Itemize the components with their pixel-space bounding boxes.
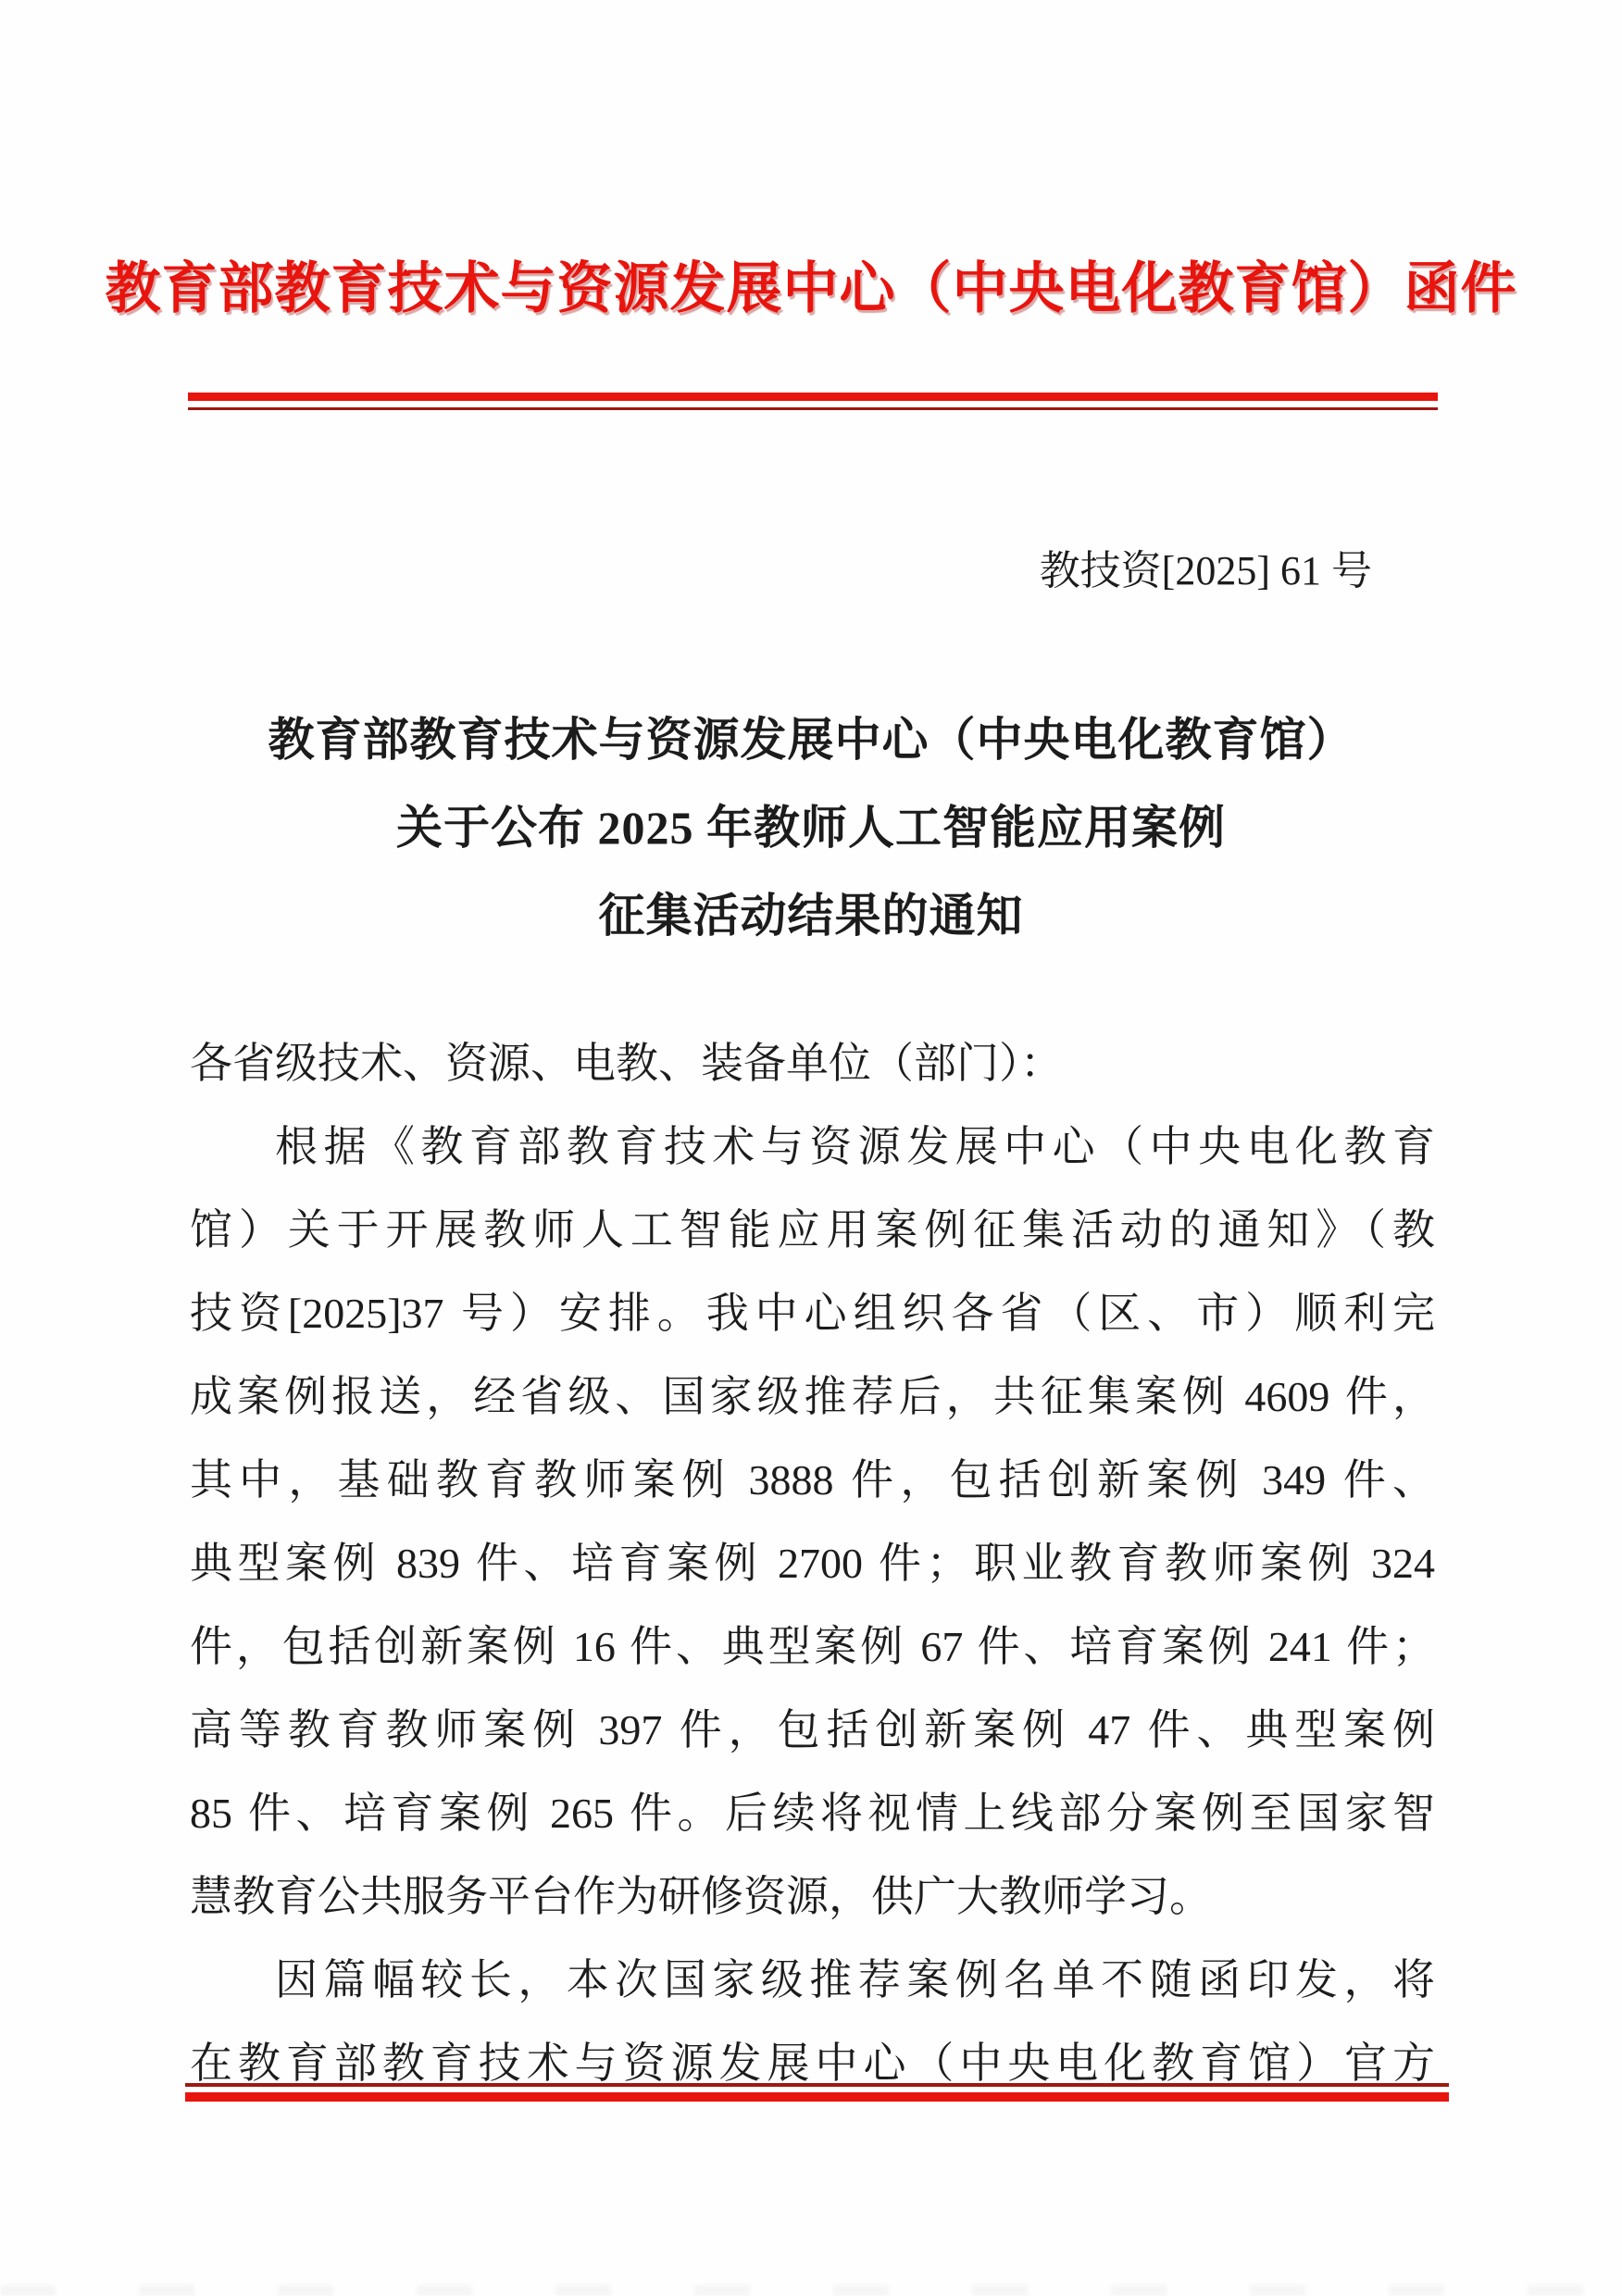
body-line: 慧教育公共服务平台作为研修资源，供广大教师学习。 xyxy=(190,1855,1435,1939)
body-line: 其中，基础教育教师案例 3888 件，包括创新案例 349 件、 xyxy=(190,1439,1435,1522)
body-line: 馆）关于开展教师人工智能应用案例征集活动的通知》（教 xyxy=(190,1189,1435,1272)
body-line: 因篇幅较长，本次国家级推荐案例名单不随函印发，将 xyxy=(190,1939,1435,2022)
body-line: 成案例报送，经省级、国家级推荐后，共征集案例 4609 件， xyxy=(190,1355,1435,1439)
official-letter-page: 教育部教育技术与资源发展中心（中央电化教育馆）函件 教技资[2025] 61 号… xyxy=(0,0,1622,2296)
footer-double-rule xyxy=(185,2083,1449,2102)
title-line-1: 教育部教育技术与资源发展中心（中央电化教育馆） xyxy=(0,696,1622,784)
letterhead-banner: 教育部教育技术与资源发展中心（中央电化教育馆）函件 xyxy=(0,243,1622,335)
scan-artifact xyxy=(0,2285,1622,2296)
body-line: 高等教育教师案例 397 件，包括创新案例 47 件、典型案例 xyxy=(190,1689,1435,1772)
body-line: 技资[2025]37 号）安排。我中心组织各省（区、市）顺利完 xyxy=(190,1272,1435,1355)
body-line: 件，包括创新案例 16 件、典型案例 67 件、培育案例 241 件； xyxy=(190,1605,1435,1689)
title-line-3: 征集活动结果的通知 xyxy=(0,872,1622,960)
header-rule-thick xyxy=(188,393,1438,401)
document-title: 教育部教育技术与资源发展中心（中央电化教育馆） 关于公布 2025 年教师人工智… xyxy=(0,696,1622,960)
document-reference-number: 教技资[2025] 61 号 xyxy=(1040,542,1372,601)
header-double-rule xyxy=(188,393,1438,410)
salutation-line: 各省级技术、资源、电教、装备单位（部门）： xyxy=(190,1022,1435,1105)
body-line: 根据《教育部教育技术与资源发展中心（中央电化教育 xyxy=(190,1105,1435,1189)
body-line: 典型案例 839 件、培育案例 2700 件；职业教育教师案例 324 xyxy=(190,1522,1435,1605)
footer-rule-thick xyxy=(185,2092,1449,2102)
body-line: 85 件、培育案例 265 件。后续将视情上线部分案例至国家智 xyxy=(190,1772,1435,1855)
header-rule-thin xyxy=(188,407,1438,410)
title-line-2: 关于公布 2025 年教师人工智能应用案例 xyxy=(0,784,1622,872)
letter-body: 各省级技术、资源、电教、装备单位（部门）： 根据《教育部教育技术与资源发展中心（… xyxy=(190,1022,1435,2105)
